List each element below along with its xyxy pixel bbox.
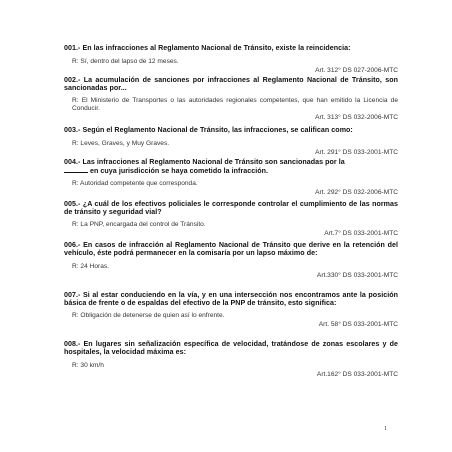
answer-text: R: El Ministerio de Transportes o las au… [64, 97, 398, 113]
answer-text: R: 24 Horas. [64, 263, 398, 271]
article-reference: Art. 312° DS 027-2006-MTC [64, 67, 398, 75]
question-item-006: 006.- En casos de infracción al Reglamen… [64, 241, 398, 280]
article-reference: Art.162° DS 033-2001-MTC [64, 371, 398, 379]
article-reference: Art. 313° DS 032-2006-MTC [64, 114, 398, 122]
question-item-008: 008.- En lugares sin señalización especí… [64, 340, 398, 379]
question-text: 001.- En las infracciones al Reglamento … [64, 44, 398, 52]
question-text: 006.- En casos de infracción al Reglamen… [64, 241, 398, 257]
answer-text: R: 30 km/h [64, 362, 398, 370]
fill-in-blank [64, 166, 88, 173]
article-reference: Art. 292° DS 032-2006-MTC [64, 189, 398, 197]
question-item-007: 007.- Si al estar conduciendo en la vía,… [64, 291, 398, 329]
question-item-004: 004.- Las infracciones al Reglamento Nac… [64, 158, 398, 197]
question-text: 007.- Si al estar conduciendo en la vía,… [64, 291, 398, 307]
page-number: 1 [384, 425, 387, 432]
question-text: 008.- En lugares sin señalización especí… [64, 340, 398, 356]
article-reference: Art. 58° DS 033-2001-MTC [64, 321, 398, 329]
question-item-003: 003.- Según el Reglamento Nacional de Tr… [64, 126, 398, 157]
answer-text: R: Sí, dentro del lapso de 12 meses. [64, 58, 398, 66]
answer-text: R: Autoridad competente que corresponda. [64, 180, 398, 188]
question-text: 004.- Las infracciones al Reglamento Nac… [64, 158, 398, 175]
question-text: 003.- Según el Reglamento Nacional de Tr… [64, 126, 398, 134]
question-item-001: 001.- En las infracciones al Reglamento … [64, 44, 398, 75]
question-text: 005.- ¿A cuál de los efectivos policiale… [64, 200, 398, 216]
question-text: 002.- La acumulación de sanciones por in… [64, 76, 398, 92]
answer-text: R: Leves, Graves, y Muy Graves. [64, 140, 398, 148]
question-item-005: 005.- ¿A cuál de los efectivos policiale… [64, 200, 398, 238]
answer-text: R: La PNP, encargada del control de Trán… [64, 221, 398, 229]
article-reference: Art. 291° DS 033-2001-MTC [64, 149, 398, 157]
article-reference: Art.7° DS 033-2001-MTC [64, 230, 398, 238]
article-reference: Art.330° DS 033-2001-MTC [64, 272, 398, 280]
document-page: 001.- En las infracciones al Reglamento … [0, 0, 452, 452]
answer-text: R: Obligación de detenerse de quien así … [64, 312, 398, 320]
question-item-002: 002.- La acumulación de sanciones por in… [64, 76, 398, 122]
